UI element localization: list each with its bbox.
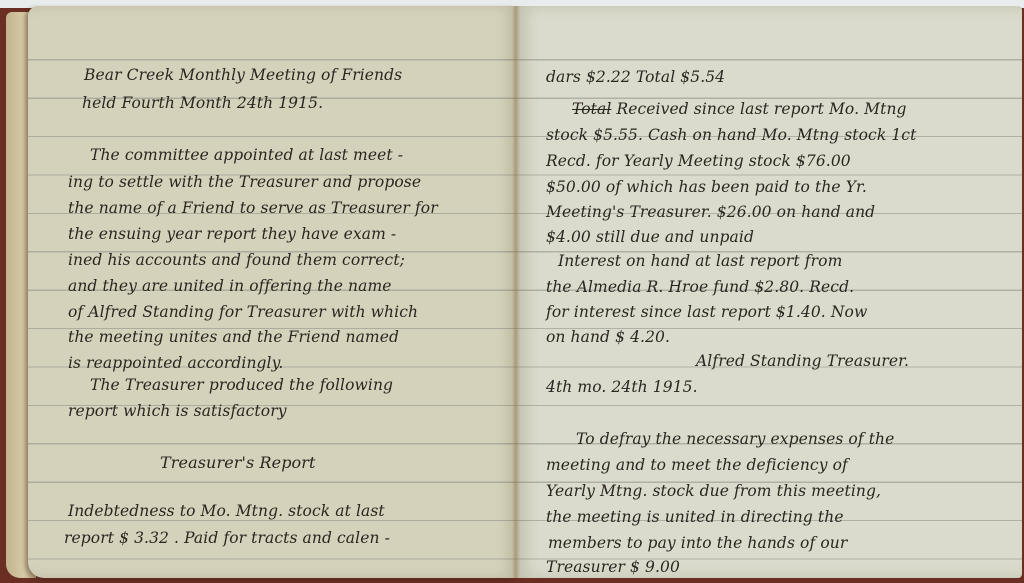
report-line-2: report $ 3.32 . Paid for tracts and cale… [64, 529, 390, 547]
para1-line-4: the ensuing year report they have exam - [68, 225, 396, 243]
treasurer-signature: Alfred Standing Treasurer. [696, 352, 909, 370]
interest-line-4: on hand $ 4.20. [546, 328, 670, 346]
para1-line-7: of Alfred Standing for Treasurer with wh… [68, 303, 418, 321]
para1-line-1: The committee appointed at last meet - [90, 146, 403, 164]
para1-line-6: and they are united in offering the name [68, 277, 392, 295]
title-line-1: Bear Creek Monthly Meeting of Friends [84, 66, 402, 84]
received-line-5: Meeting's Treasurer. $26.00 on hand and [546, 203, 875, 221]
right-page-text: dars $2.22 Total $5.54 Total Received si… [546, 6, 1016, 576]
interest-line-3: for interest since last report $1.40. No… [546, 303, 867, 321]
received-line-4: $50.00 of which has been paid to the Yr. [546, 178, 867, 196]
received-line-3: Recd. for Yearly Meeting stock $76.00 [546, 152, 851, 170]
report-heading: Treasurer's Report [160, 453, 316, 472]
left-page: Bear Creek Monthly Meeting of Friends he… [28, 6, 516, 578]
received-line-6: $4.00 still due and unpaid [546, 228, 754, 246]
left-page-text: Bear Creek Monthly Meeting of Friends he… [84, 6, 514, 576]
struck-word: Total [572, 100, 611, 118]
minute2-line-3: Yearly Mtng. stock due from this meeting… [546, 482, 881, 500]
title-line-2: held Fourth Month 24th 1915. [82, 94, 323, 112]
minute2-line-2: meeting and to meet the deficiency of [546, 456, 848, 474]
para1-line-5: ined his accounts and found them correct… [68, 251, 405, 269]
para1-line-9: is reappointed accordingly. [68, 354, 283, 372]
right-page: dars $2.22 Total $5.54 Total Received si… [516, 6, 1022, 578]
para1-line-3: the name of a Friend to serve as Treasur… [68, 199, 438, 217]
received-line-2: stock $5.55. Cash on hand Mo. Mtng stock… [546, 126, 916, 144]
minute2-line-4: the meeting is united in directing the [546, 508, 844, 526]
para2-line-2: report which is satisfactory [68, 402, 287, 420]
received-line-1: Total Received since last report Mo. Mtn… [572, 100, 907, 118]
interest-line-1: Interest on hand at last report from [558, 252, 842, 270]
para1-line-8: the meeting unites and the Friend named [68, 328, 399, 346]
para2-line-1: The Treasurer produced the following [90, 376, 393, 394]
minute2-line-5: members to pay into the hands of our [548, 534, 847, 552]
book-spine-gutter [512, 6, 520, 578]
report-date: 4th mo. 24th 1915. [546, 378, 698, 396]
minute2-line-6: Treasurer $ 9.00 [546, 558, 680, 576]
para1-line-2: ing to settle with the Treasurer and pro… [68, 173, 421, 191]
report-line-1: Indebtedness to Mo. Mtng. stock at last [68, 502, 385, 520]
minute2-line-1: To defray the necessary expenses of the [576, 430, 894, 448]
report-continued-line: dars $2.22 Total $5.54 [546, 68, 725, 86]
interest-line-2: the Almedia R. Hroe fund $2.80. Recd. [546, 278, 854, 296]
